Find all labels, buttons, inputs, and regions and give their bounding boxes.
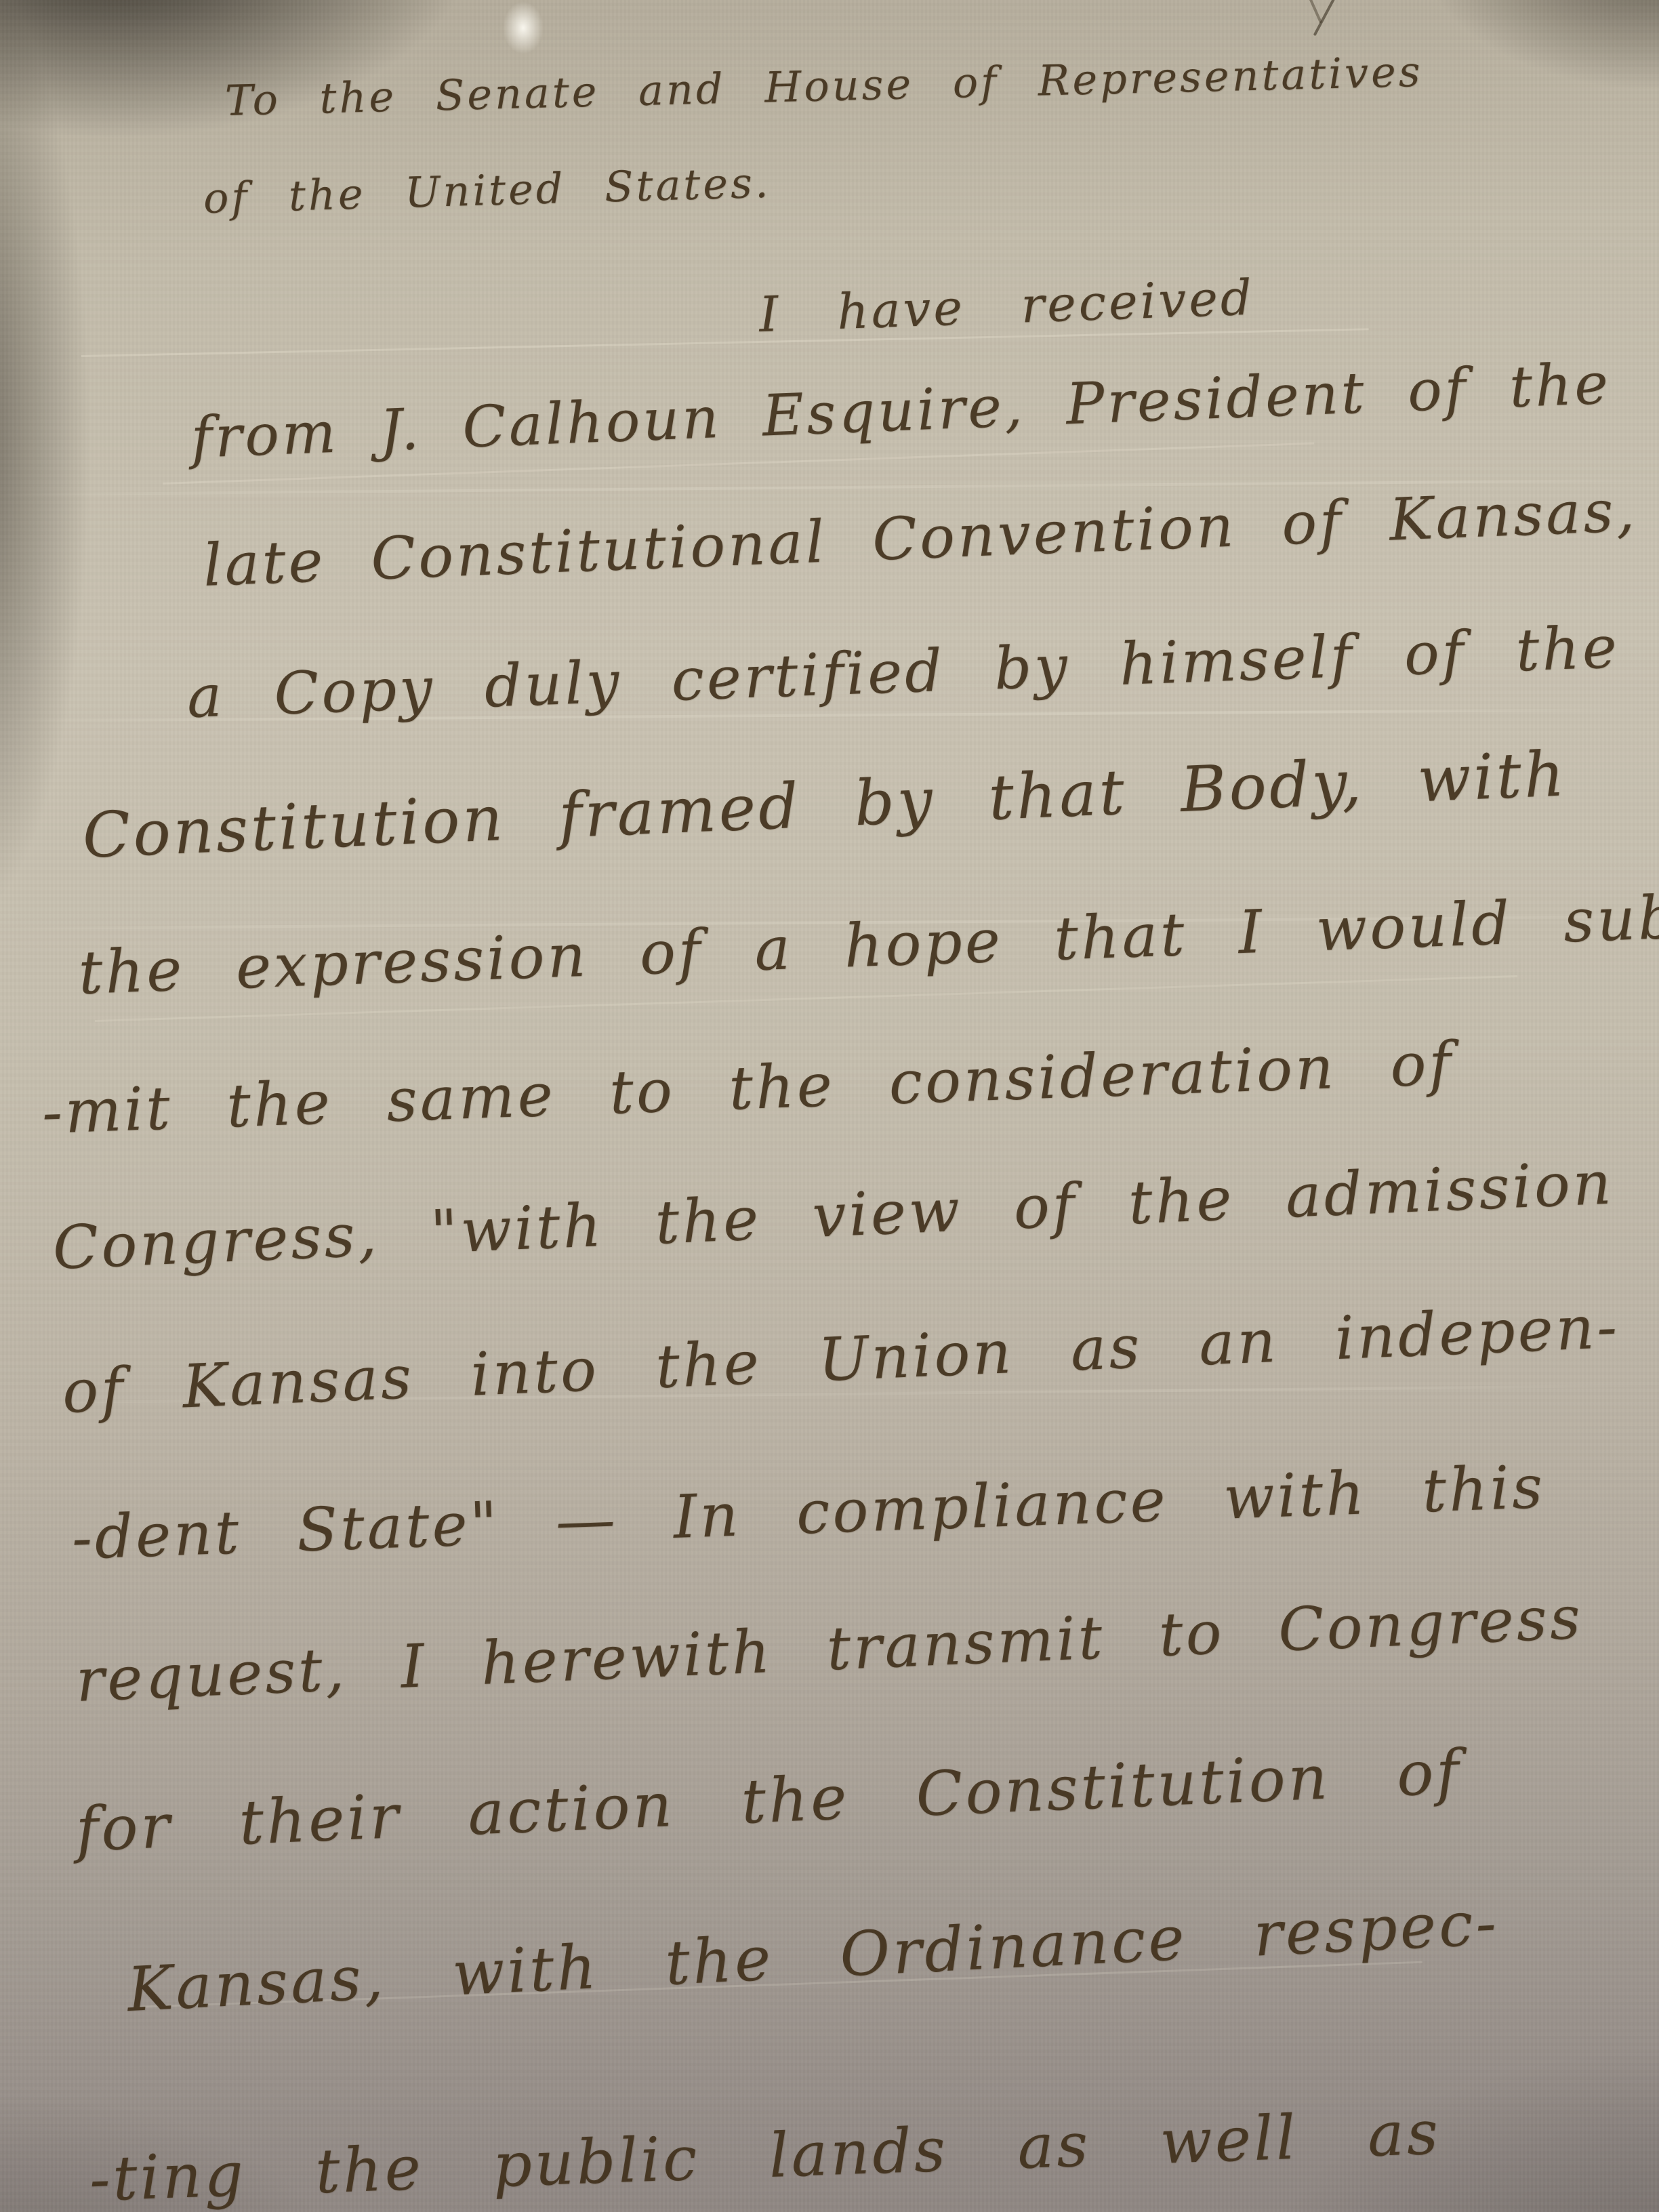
paper-flaw-spot	[503, 1, 544, 54]
document-photo: To the Senate and House of Representativ…	[0, 0, 1659, 2212]
